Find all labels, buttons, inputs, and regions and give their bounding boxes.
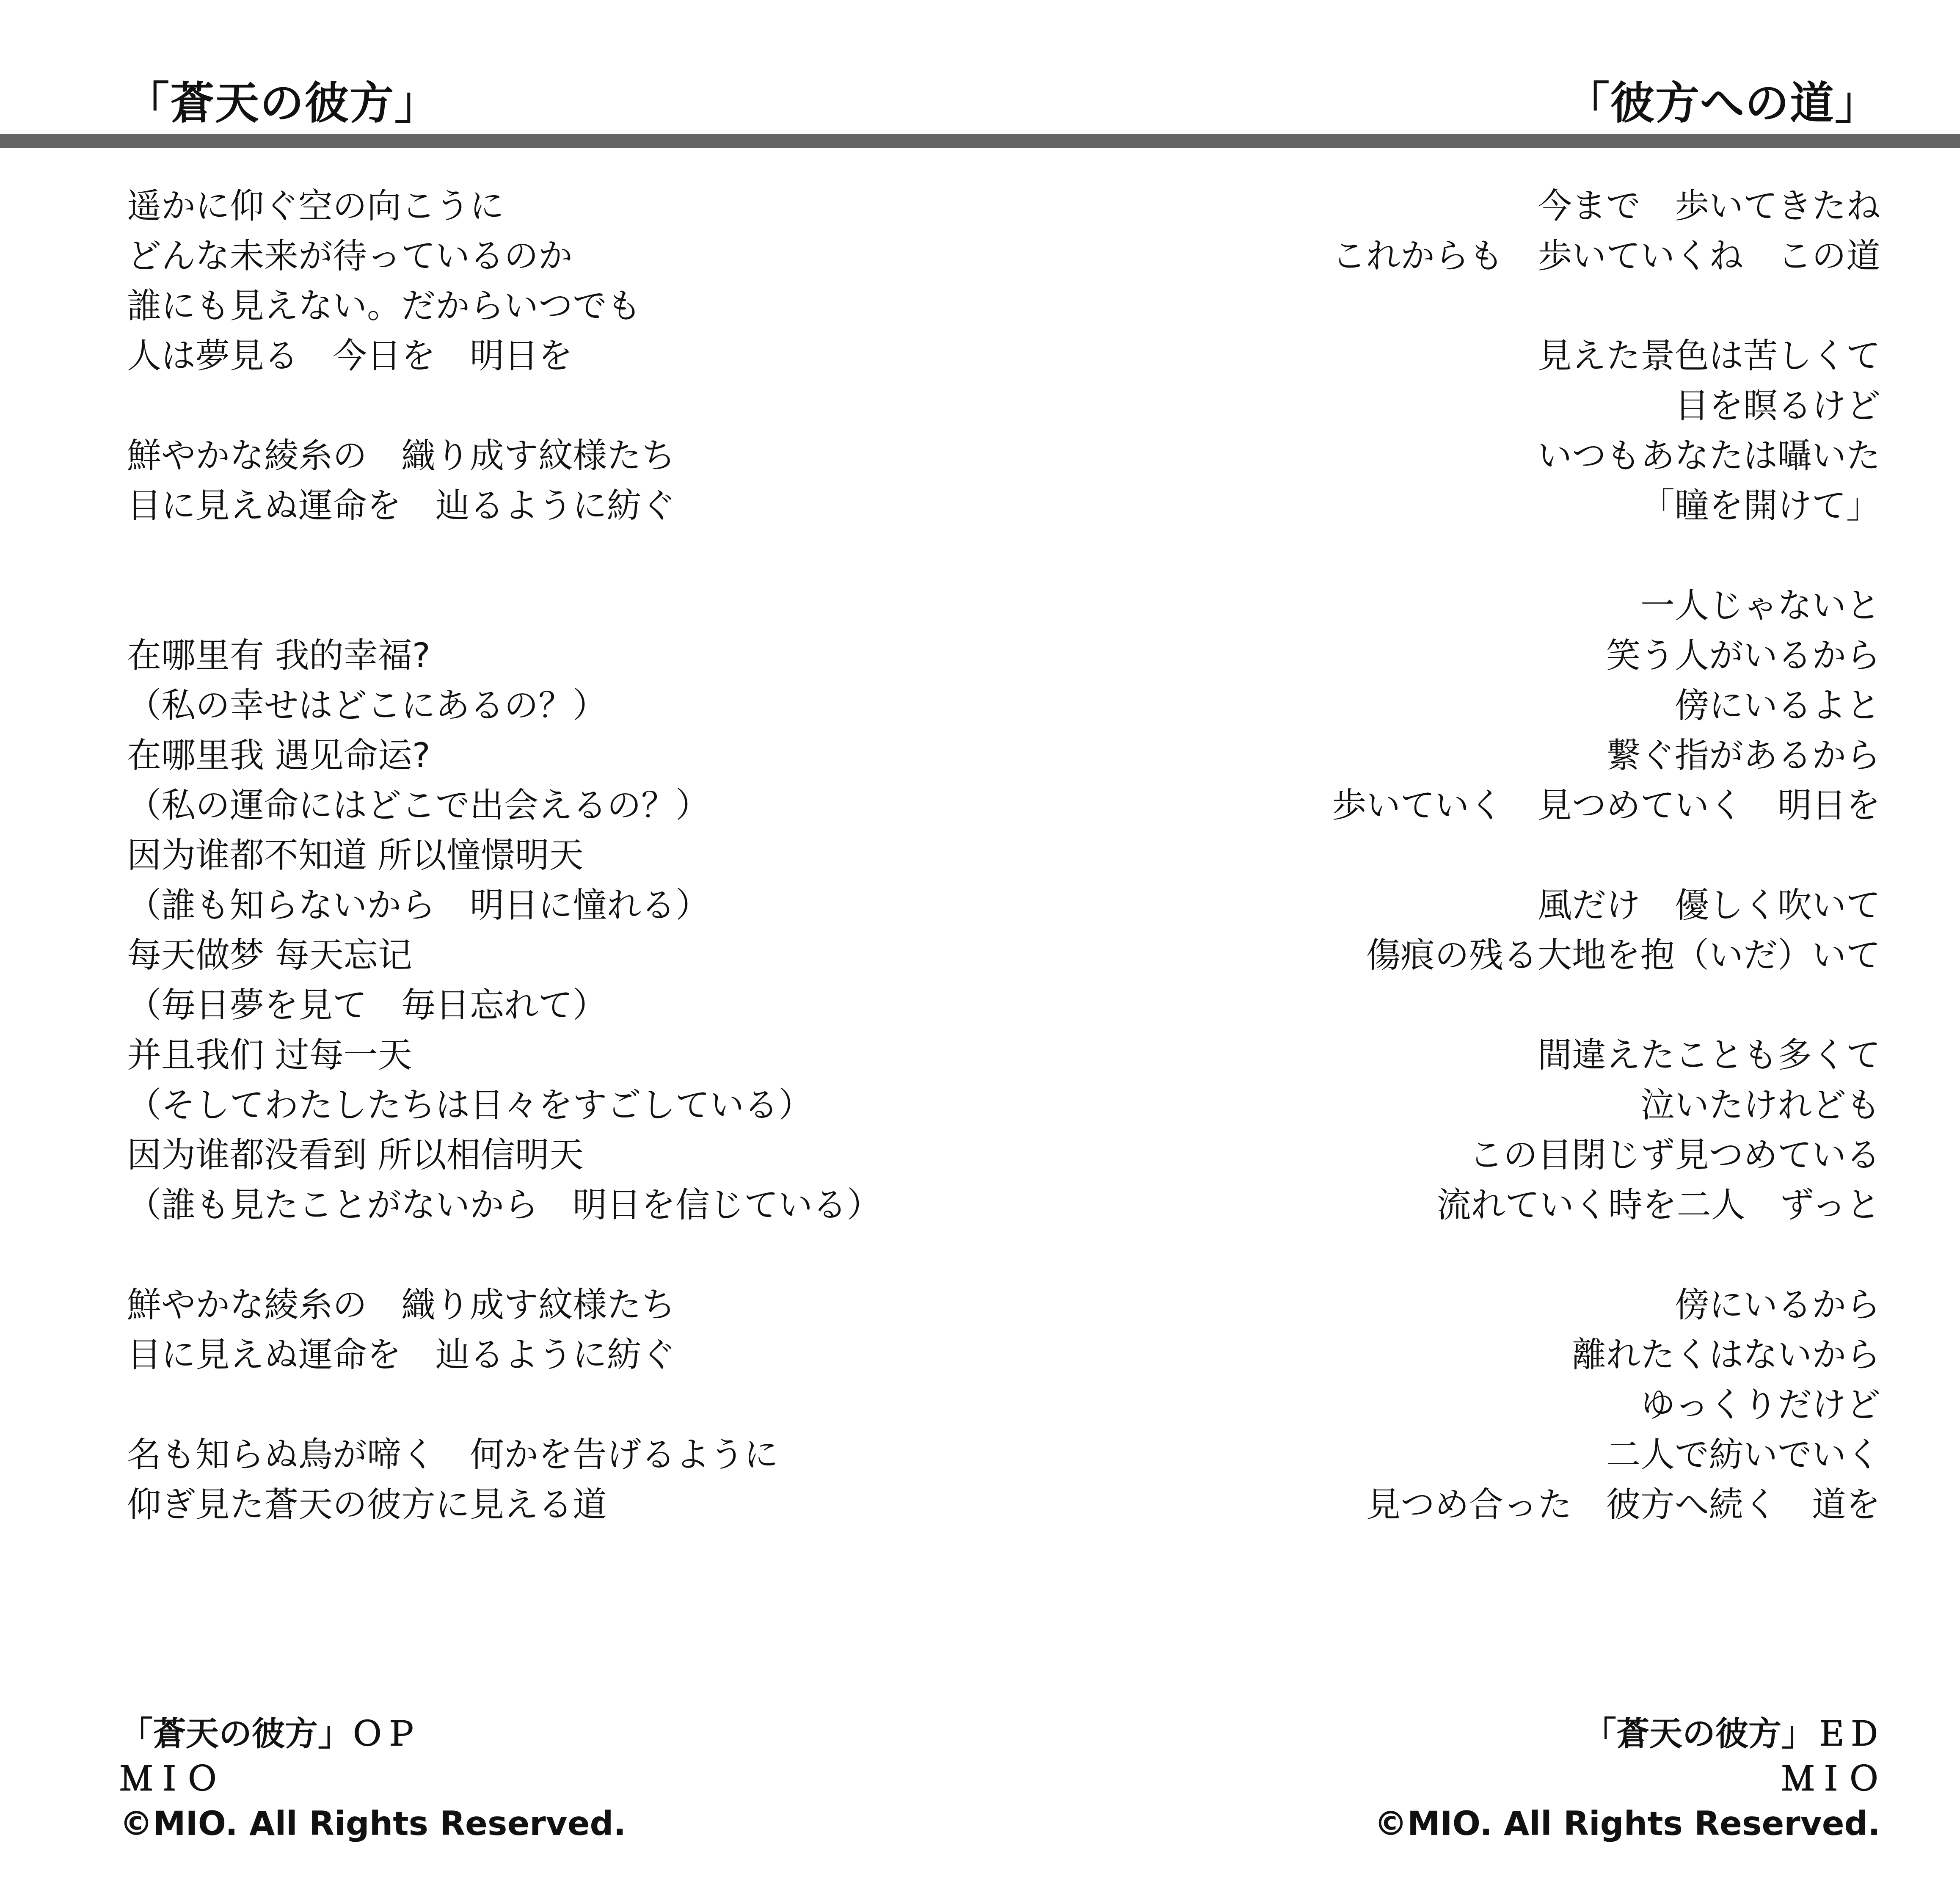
text-line: 名も知らぬ鳥が啼く 何かを告げるように xyxy=(127,1430,881,1480)
text-line xyxy=(127,381,881,431)
text-line: 每天做梦 每天忘记 xyxy=(127,930,881,980)
text-line: 傷痕の残る大地を抱（いだ）いて xyxy=(1332,930,1880,980)
text-line xyxy=(127,581,881,631)
text-line: 見えた景色は苦しくて xyxy=(1332,331,1880,381)
text-line: 間違えたことも多くて xyxy=(1332,1030,1880,1080)
text-line: （そしてわたしたちは日々をすごしている） xyxy=(127,1080,881,1130)
credits-left: 「蒼天の彼方」ＯＰＭＩＯ©MIO. All Rights Reserved. xyxy=(120,1712,626,1846)
text-line: （誰も知らないから 明日に憧れる） xyxy=(127,880,881,930)
text-line: 因为谁都不知道 所以憧憬明天 xyxy=(127,830,881,880)
text-line: （私の運命にはどこで出会えるの？） xyxy=(127,781,881,830)
text-line xyxy=(1332,830,1880,880)
text-line: （毎日夢を見て 毎日忘れて） xyxy=(127,980,881,1030)
text-line xyxy=(1332,531,1880,581)
song-title-left: 「蒼天の彼方」 xyxy=(125,68,439,131)
text-line: 目を瞑るけど xyxy=(1332,381,1880,431)
text-line: ©MIO. All Rights Reserved. xyxy=(120,1802,626,1846)
text-line: 鮮やかな綾糸の 織り成す紋様たち xyxy=(127,1280,881,1330)
text-line: 傍にいるよと xyxy=(1332,681,1880,731)
text-line: 遥かに仰ぐ空の向こうに xyxy=(127,181,881,231)
text-line: 因为谁都没看到 所以相信明天 xyxy=(127,1130,881,1180)
text-line: どんな未来が待っているのか xyxy=(127,231,881,281)
text-line: 流れていく時を二人 ずっと xyxy=(1332,1180,1880,1230)
text-line xyxy=(1332,281,1880,331)
text-line: （誰も見たことがないから 明日を信じている） xyxy=(127,1180,881,1230)
text-line: 人は夢見る 今日を 明日を xyxy=(127,331,881,381)
lyrics-sheet-page: { "page": { "bg_color": "#ffffff", "text… xyxy=(0,0,1960,1890)
text-line xyxy=(127,531,881,581)
text-line xyxy=(1332,1230,1880,1280)
text-line: これからも 歩いていくね この道 xyxy=(1332,231,1880,281)
text-line xyxy=(127,1380,881,1430)
text-line: 風だけ 優しく吹いて xyxy=(1332,880,1880,930)
text-line xyxy=(1332,980,1880,1030)
text-line: 二人で紡いでいく xyxy=(1332,1430,1880,1480)
text-line: 目に見えぬ運命を 辿るように紡ぐ xyxy=(127,481,881,531)
text-line: ＭＩＯ xyxy=(1374,1757,1880,1802)
text-line: 在哪里我 遇见命运? xyxy=(127,731,881,781)
text-line: 今まで 歩いてきたね xyxy=(1332,181,1880,231)
text-line: 離れたくはないから xyxy=(1332,1330,1880,1380)
credits-right: 「蒼天の彼方」ＥＤＭＩＯ©MIO. All Rights Reserved. xyxy=(1374,1712,1880,1846)
text-line: 誰にも見えない。だからいつでも xyxy=(127,281,881,331)
text-line: 笑う人がいるから xyxy=(1332,631,1880,681)
text-line: 在哪里有 我的幸福? xyxy=(127,631,881,681)
song-title-right: 「彼方への道」 xyxy=(1566,68,1880,131)
text-line: 歩いていく 見つめていく 明日を xyxy=(1332,781,1880,830)
text-line: 「蒼天の彼方」ＥＤ xyxy=(1374,1712,1880,1757)
text-line: 鮮やかな綾糸の 織り成す紋様たち xyxy=(127,431,881,481)
lyrics-column-right: 今まで 歩いてきたねこれからも 歩いていくね この道 見えた景色は苦しくて目を瞑… xyxy=(1332,181,1880,1530)
text-line: ゆっくりだけど xyxy=(1332,1380,1880,1430)
lyrics-column-left: 遥かに仰ぐ空の向こうにどんな未来が待っているのか誰にも見えない。だからいつでも人… xyxy=(127,181,881,1530)
text-line: 目に見えぬ運命を 辿るように紡ぐ xyxy=(127,1330,881,1380)
text-line: 仰ぎ見た蒼天の彼方に見える道 xyxy=(127,1480,881,1530)
text-line: ©MIO. All Rights Reserved. xyxy=(1374,1802,1880,1846)
text-line: 并且我们 过每一天 xyxy=(127,1030,881,1080)
text-line: ＭＩＯ xyxy=(120,1757,626,1802)
text-line: この目閉じず見つめている xyxy=(1332,1130,1880,1180)
text-line: 一人じゃないと xyxy=(1332,581,1880,631)
text-line: 泣いたけれども xyxy=(1332,1080,1880,1130)
text-line: 見つめ合った 彼方へ続く 道を xyxy=(1332,1480,1880,1530)
text-line: 「蒼天の彼方」ＯＰ xyxy=(120,1712,626,1757)
divider-bar xyxy=(0,134,1960,148)
text-line xyxy=(127,1230,881,1280)
text-line: 傍にいるから xyxy=(1332,1280,1880,1330)
text-line: 繋ぐ指があるから xyxy=(1332,731,1880,781)
text-line: （私の幸せはどこにあるの？） xyxy=(127,681,881,731)
text-line: 「瞳を開けて」 xyxy=(1332,481,1880,531)
text-line: いつもあなたは囁いた xyxy=(1332,431,1880,481)
